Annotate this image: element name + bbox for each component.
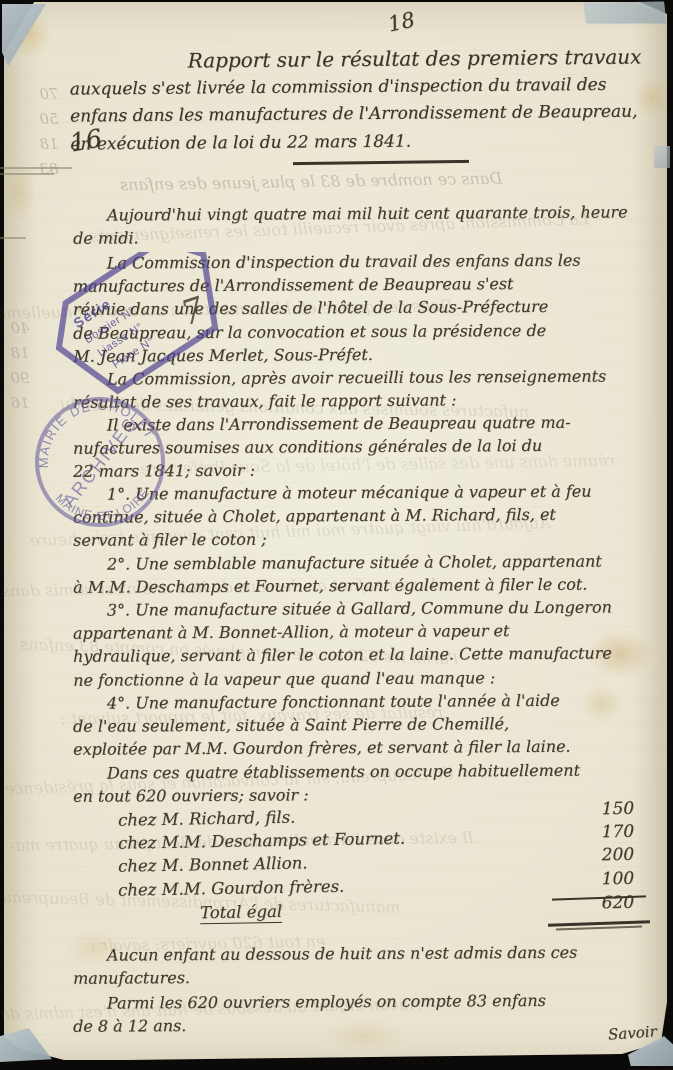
row-label: chez M. Richard, fils. bbox=[118, 808, 296, 830]
text-line: enfans dans les manufactures de l'Arrond… bbox=[70, 98, 655, 131]
text-line: en exécution de la loi du 22 mars 1841. bbox=[70, 126, 655, 159]
tape-patch-right-edge bbox=[654, 146, 670, 168]
row-label: chez M.M. Gourdon frères. bbox=[118, 877, 345, 900]
text-line: Dans ces quatre établissements on occupe… bbox=[73, 758, 658, 785]
text-line: de 8 à 12 ans. bbox=[73, 1011, 658, 1038]
paragraph-date: Aujourd'hui vingt quatre mai mil huit ce… bbox=[73, 200, 658, 250]
stamp-center-text: ARCHIVES bbox=[59, 413, 141, 510]
report-title: Rapport sur le résultat des premiers tra… bbox=[70, 43, 656, 158]
total-value: 620 bbox=[578, 892, 658, 913]
row-value: 200 bbox=[578, 844, 658, 865]
row-value: 170 bbox=[578, 821, 658, 842]
text-line: 3°. Une manufacture située à Gallard, Co… bbox=[73, 595, 658, 622]
tape-patch-top-edge bbox=[583, 0, 668, 26]
text-line: exploitée par M.M. Gourdon frères, et se… bbox=[73, 735, 658, 762]
list-item-2-deschamps: 2°. Une semblable manufacture située à C… bbox=[73, 549, 658, 599]
text-line: ne fonctionne à la vapeur que quand l'ea… bbox=[73, 665, 658, 692]
margin-mark bbox=[0, 173, 54, 175]
list-item-3-bonnet-allion: 3°. Une manufacture située à Gallard, Co… bbox=[73, 595, 659, 691]
list-item-4-gourdon: 4°. Une manufacture fonctionnant toute l… bbox=[73, 688, 658, 761]
total-label: Total égal bbox=[200, 902, 282, 924]
margin-mark bbox=[0, 167, 72, 169]
scanned-document-photo: Dans ce nombre de 83 le plus jeune des e… bbox=[0, 0, 673, 1070]
paragraph-83-children: Parmi les 620 ouvriers employés on compt… bbox=[73, 988, 658, 1038]
text-line: Rapport sur le résultat des premiers tra… bbox=[70, 43, 655, 76]
catchword: Savoir bbox=[607, 1022, 657, 1043]
row-value: 150 bbox=[578, 798, 658, 819]
margin-mark bbox=[0, 237, 26, 239]
paragraph-workers-total: Dans ces quatre établissements on occupe… bbox=[73, 758, 658, 808]
paragraph-no-child-under-eight: Aucun enfant au dessous de huit ans n'es… bbox=[73, 940, 658, 990]
text-line: Aujourd'hui vingt quatre mai mil huit ce… bbox=[73, 200, 658, 227]
text-line: servant à filer le coton ; bbox=[73, 526, 658, 553]
text-line: de midi. bbox=[73, 223, 658, 250]
row-label: chez M. Bonnet Allion. bbox=[118, 853, 308, 875]
text-line: Aucun enfant au dessous de huit ans n'es… bbox=[73, 940, 658, 967]
text-line: hydraulique, servant à filer le coton et… bbox=[73, 642, 658, 669]
text-line: manufactures. bbox=[73, 963, 658, 990]
row-value: 100 bbox=[578, 868, 658, 889]
